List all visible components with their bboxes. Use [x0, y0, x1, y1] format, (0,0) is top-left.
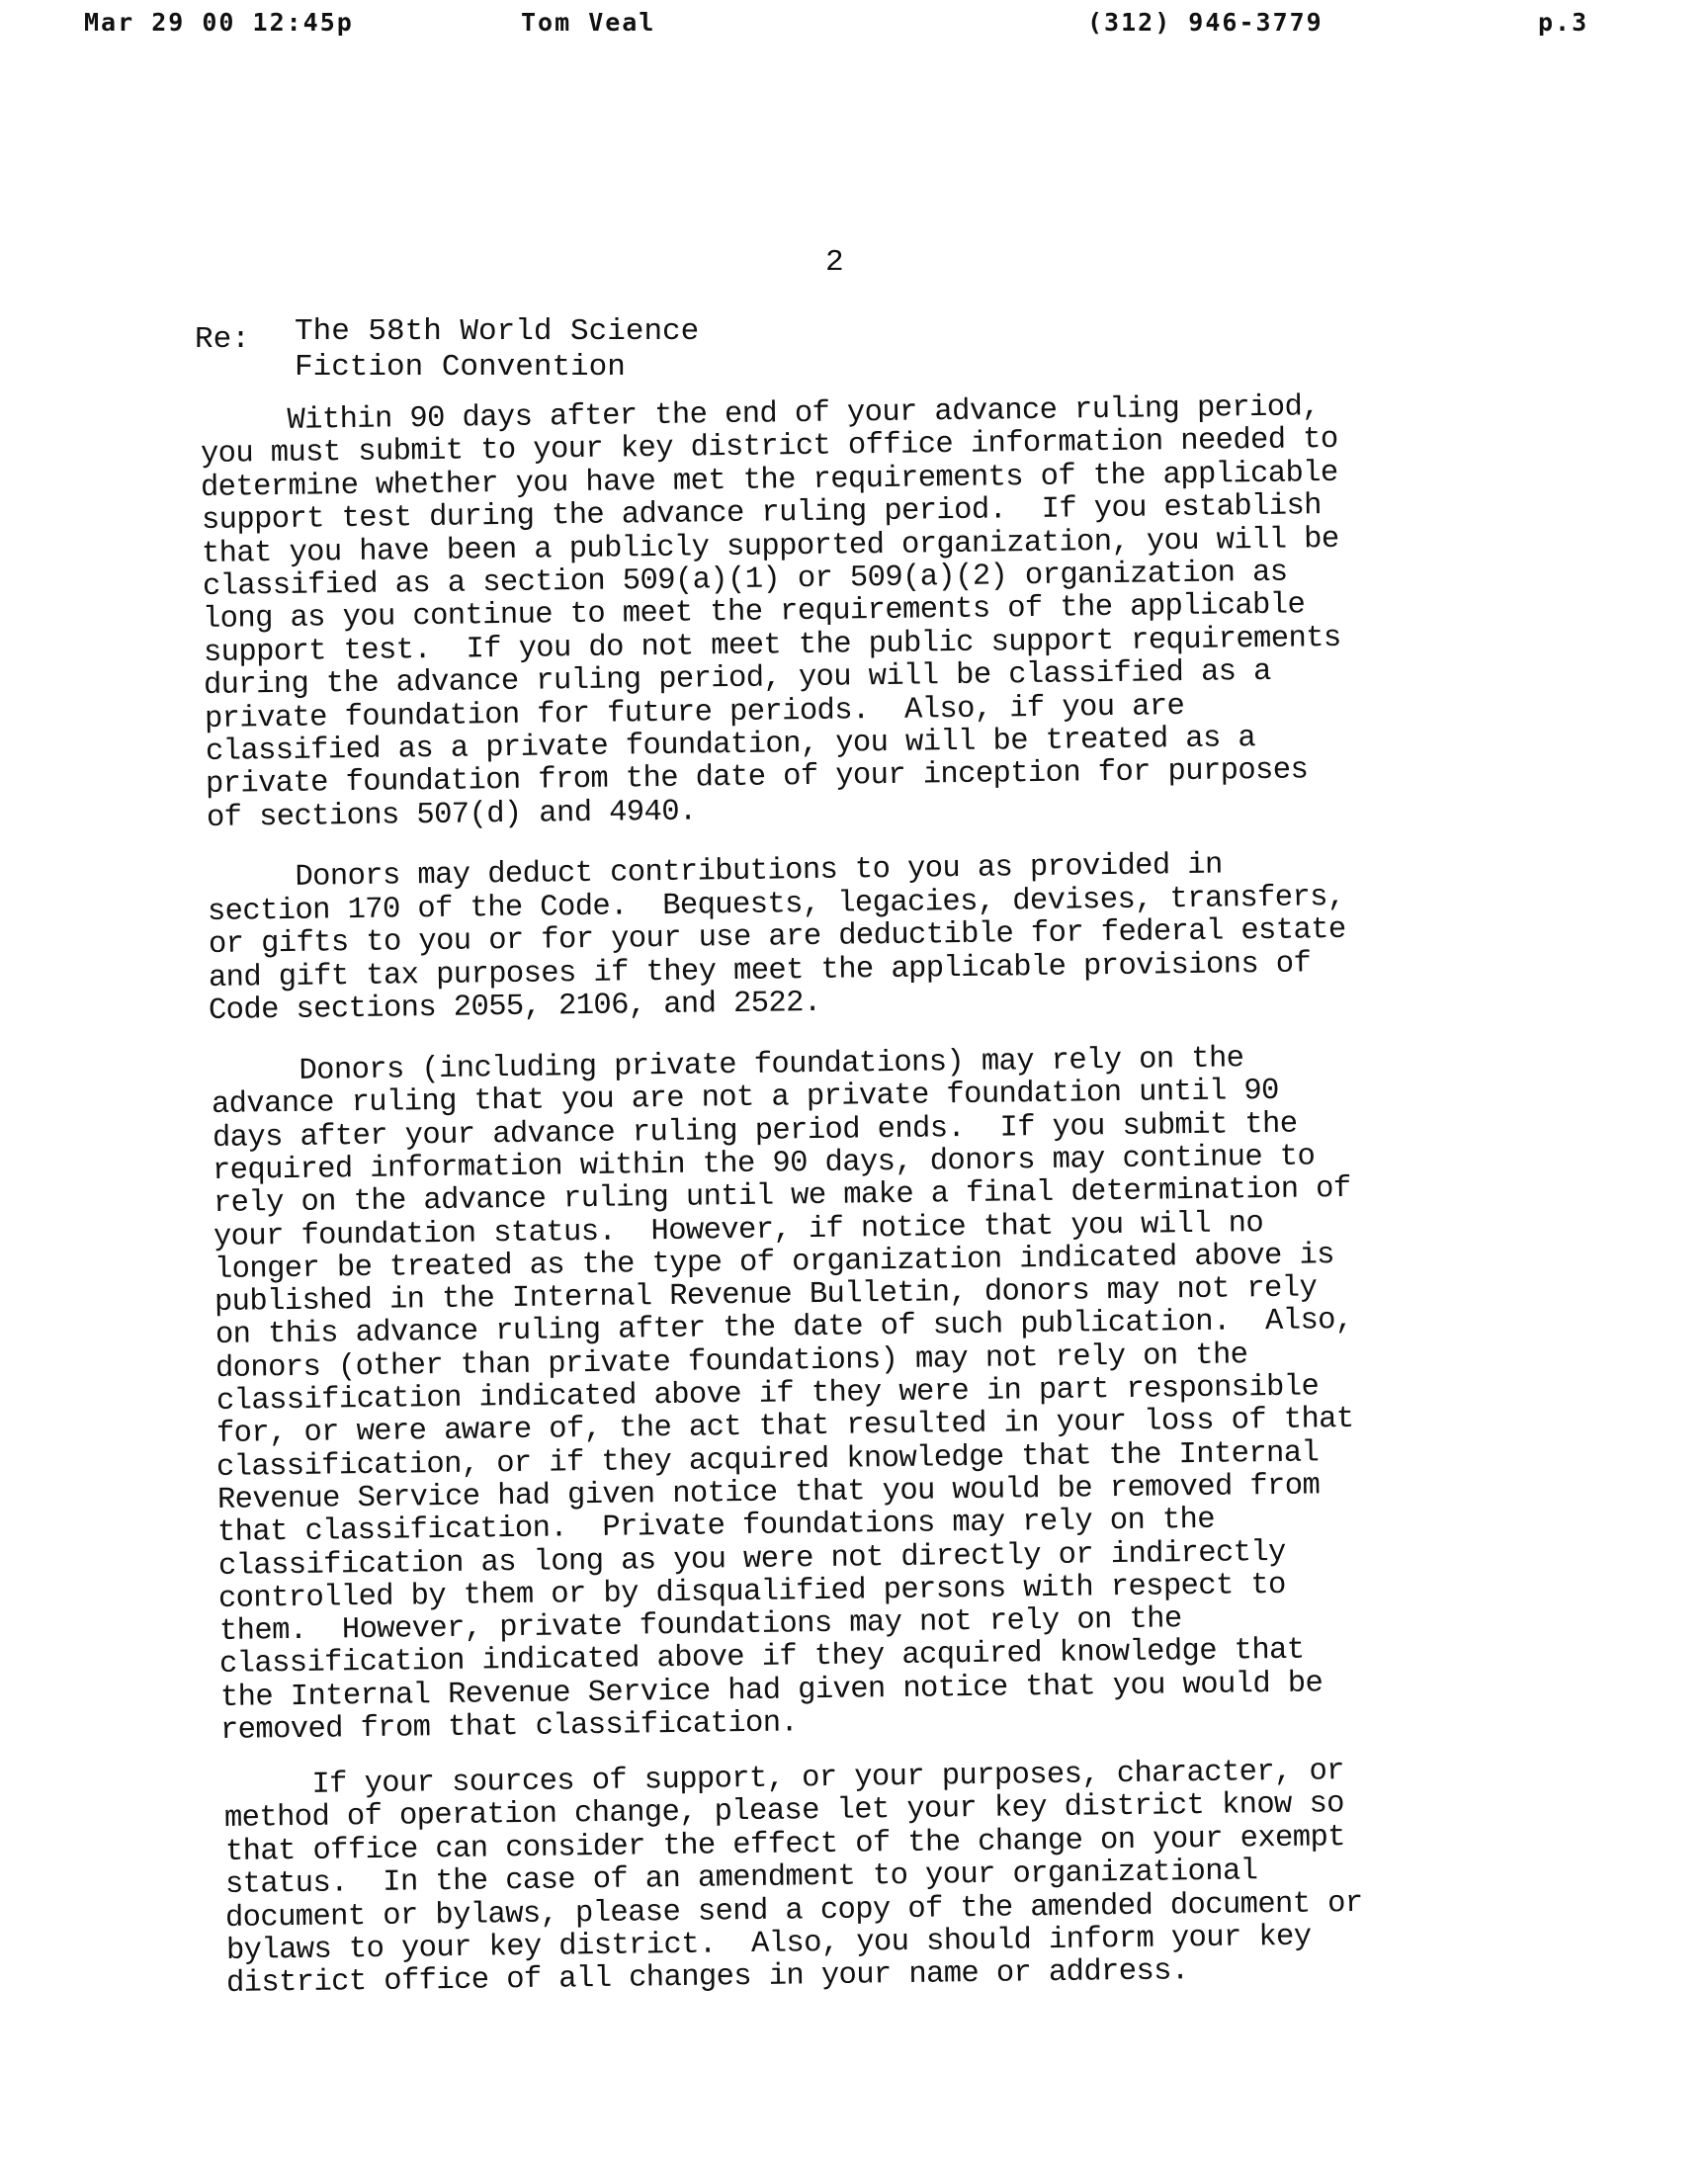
subject-label: Re: — [195, 322, 250, 358]
subject-line: Fiction Convention — [295, 350, 626, 386]
subject-line: The 58th World Science — [295, 314, 699, 350]
fax-header: Mar 29 00 12:45p Tom Veal (312) 946-3779… — [0, 8, 1708, 47]
text-line: Code sections 2055, 2106, and 2522. — [209, 987, 821, 1028]
fax-phone: (312) 946-3779 — [1087, 8, 1324, 37]
fax-page: p.3 — [1538, 8, 1588, 37]
fax-sender: Tom Veal — [521, 8, 655, 37]
text-line: of sections 507(d) and 4940. — [206, 795, 696, 834]
text-line: removed from that classification. — [220, 1706, 799, 1748]
page-number: 2 — [825, 245, 844, 280]
fax-datetime: Mar 29 00 12:45p — [84, 8, 354, 37]
